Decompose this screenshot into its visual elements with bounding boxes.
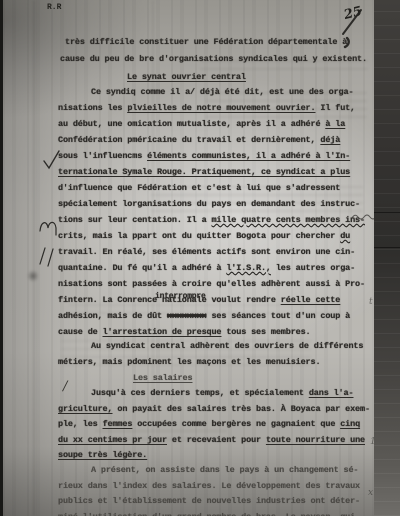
paragraph: Ce syndiq comme il a/ déjà été dit, est … (58, 82, 365, 338)
text-segment: déjà (320, 135, 340, 145)
text-line: spécialement lorganisations du pays en d… (58, 194, 365, 210)
text-segment: A présent, on assiste dans le pays à un … (91, 465, 358, 475)
text-line: cause du peu de bre d'organisations synd… (60, 49, 367, 66)
text-segment: éléments communistes, il a adhéré à l'In… (147, 151, 350, 161)
text-line: Le synat ouvrier central (127, 67, 246, 83)
text-line: soupe très légère. (58, 446, 370, 462)
paragraph: A présent, on assiste dans le pays à un … (58, 461, 360, 516)
text-segment: d'influence que Fédération et c'est à lu… (58, 183, 340, 193)
text-line: Ce syndiq comme il a/ déjà été dit, est … (58, 82, 365, 98)
paper-crease (152, 0, 154, 516)
text-segment: très difficile constituer une Fédération… (65, 37, 347, 47)
text-line: Les salaires (133, 368, 192, 384)
margin-letter-x: x (368, 488, 373, 498)
margin-slash: / (63, 379, 67, 394)
text-segment: occupées comme bergères ne gagnaient que (132, 419, 340, 429)
text-segment: les autres orga- (271, 263, 355, 273)
text-segment: Au syndicat central adhèrent des ouvrier… (91, 341, 363, 351)
text-segment: Jusqu'à ces derniers temps, et spécialem… (91, 388, 309, 398)
text-segment: ple, les (58, 419, 103, 429)
text-line: nisations les plvieilles de notre mouvem… (58, 98, 365, 114)
text-line: métiers, mais pdominent les maçons et le… (58, 352, 363, 368)
text-line: miné l'utilisation d'un grand nombre de … (58, 508, 360, 516)
text-line: travail. En réalé, ses éléments actifs s… (58, 242, 365, 258)
text-segment: crits, mais la ppart ont du quitter Bogo… (58, 231, 340, 241)
text-segment: dans l'a- (309, 388, 354, 398)
text-line: A présent, on assiste dans le pays à un … (58, 461, 360, 477)
text-line: ternationale Symale Rouge. Pratiquement,… (58, 162, 365, 178)
text-segment: l'I.S.R., (226, 263, 271, 273)
section-heading: Les salaires (133, 368, 192, 384)
text-segment: ternationale Symale Rouge. Pratiquement,… (58, 167, 350, 177)
text-segment: Les salaires (133, 373, 192, 383)
text-line: du xx centimes pr jour et recevaient pou… (58, 431, 370, 447)
scan-right-background (374, 0, 400, 516)
text-segment: et recevaient pour (167, 435, 266, 445)
text-line: nisations sont passées à croire qu'elles… (58, 274, 365, 290)
text-segment: plvieilles de notre mouvement ouvrier. (127, 103, 315, 113)
text-segment: cause du peu de bre d'organisations synd… (60, 54, 367, 64)
scanned-document-photo: très difficile constituer une Fédération… (0, 0, 400, 516)
interline-correction: interrompre (155, 293, 206, 301)
text-segment: toute nourriture une (266, 435, 365, 445)
text-segment: mille quatre cents membres ins- (211, 215, 364, 225)
text-segment: soupe très légère. (58, 450, 147, 460)
text-line: au début, une omication mutualiste, aprè… (58, 114, 365, 130)
text-segment: au début, une omication mutualiste, aprè… (58, 119, 325, 129)
text-segment: nisations les (58, 103, 127, 113)
text-segment: cinq (340, 419, 360, 429)
text-segment: spécialement lorganisations du pays en d… (58, 199, 360, 209)
text-segment: Confédération pméricaine du travail et d… (58, 135, 320, 145)
scratch-line (374, 212, 400, 213)
text-segment: sous l'influencms (58, 151, 147, 161)
section-heading: Le synat ouvrier central (127, 67, 246, 83)
text-line: Jusqu'à ces derniers temps, et spécialem… (58, 384, 370, 400)
text-segment: qui (335, 512, 355, 516)
text-line: fintern. La Conrence nationale voulut re… (58, 290, 365, 306)
text-line: Au syndicat central adhèrent des ouvrier… (58, 336, 363, 352)
text-segment: publics et l'établissement de nouvelles … (58, 496, 360, 506)
scratch-line (374, 247, 400, 248)
paragraph: Au syndicat central adhèrent des ouvrier… (58, 336, 363, 368)
text-segment: adhésion, mais de dût (58, 311, 167, 321)
text-line: crits, mais la ppart ont du quitter Bogo… (58, 226, 365, 242)
text-segment: nisations sont passées à croire qu'elles… (58, 279, 365, 289)
text-segment: du (340, 231, 350, 241)
text-segment: travail. En réalé, ses éléments actifs s… (58, 247, 355, 257)
text-line: sous l'influencms éléments communistes, … (58, 146, 365, 162)
text-line: ple, les femmes occupées comme bergères … (58, 415, 370, 431)
paragraph: très difficile constituer une Fédération… (60, 32, 367, 66)
text-segment: tions sur leur centation. Il a (58, 215, 211, 225)
text-line: publics et l'établissement de nouvelles … (58, 492, 360, 508)
text-segment: xxxxxxxx (167, 311, 207, 321)
text-segment: à la (325, 119, 345, 129)
text-segment: miné l'utilisation d'un grand nombre de … (58, 512, 286, 516)
text-segment: Ce syndiq comme il a/ déjà été dit, est … (91, 87, 353, 97)
page: très difficile constituer une Fédération… (3, 0, 374, 516)
text-segment: Le paysan, (286, 512, 336, 516)
paragraph: Jusqu'à ces derniers temps, et spécialem… (58, 384, 370, 462)
text-segment: rieux dans l'index des salaires. Le déve… (58, 481, 360, 491)
text-line: griculture, on payait des salaires très … (58, 400, 370, 416)
text-line: quantaine. Du fé qu'il a adhéré à l'I.S.… (58, 258, 365, 274)
scan-left-edge (0, 0, 3, 516)
text-line: très difficile constituer une Fédération… (60, 32, 367, 49)
text-line: adhésion, mais de dût xxxxxxxx ses séanc… (58, 306, 365, 322)
text-segment: Il fut, (315, 103, 355, 113)
typed-corner-mark: R.R (47, 3, 61, 12)
text-segment: femmes (103, 419, 133, 429)
paper-crease (33, 0, 35, 516)
text-segment: quantaine. Du fé qu'il a adhéré à (58, 263, 226, 273)
text-segment: ses séances tout d'un coup à (207, 311, 351, 321)
text-segment: Le synat ouvrier central (127, 72, 246, 82)
text-line: d'influence que Fédération et c'est à lu… (58, 178, 365, 194)
text-line: rieux dans l'index des salaires. Le déve… (58, 477, 360, 493)
text-segment: réelle cette (281, 295, 340, 305)
margin-letter-t: t (369, 297, 373, 307)
text-segment: griculture, (58, 404, 112, 414)
text-segment: métiers, mais pdominent les maçons et le… (58, 357, 320, 367)
text-line: Confédération pméricaine du travail et d… (58, 130, 365, 146)
text-line: tions sur leur centation. Il a mille qua… (58, 210, 365, 226)
text-segment: du xx centimes pr jour (58, 435, 167, 445)
